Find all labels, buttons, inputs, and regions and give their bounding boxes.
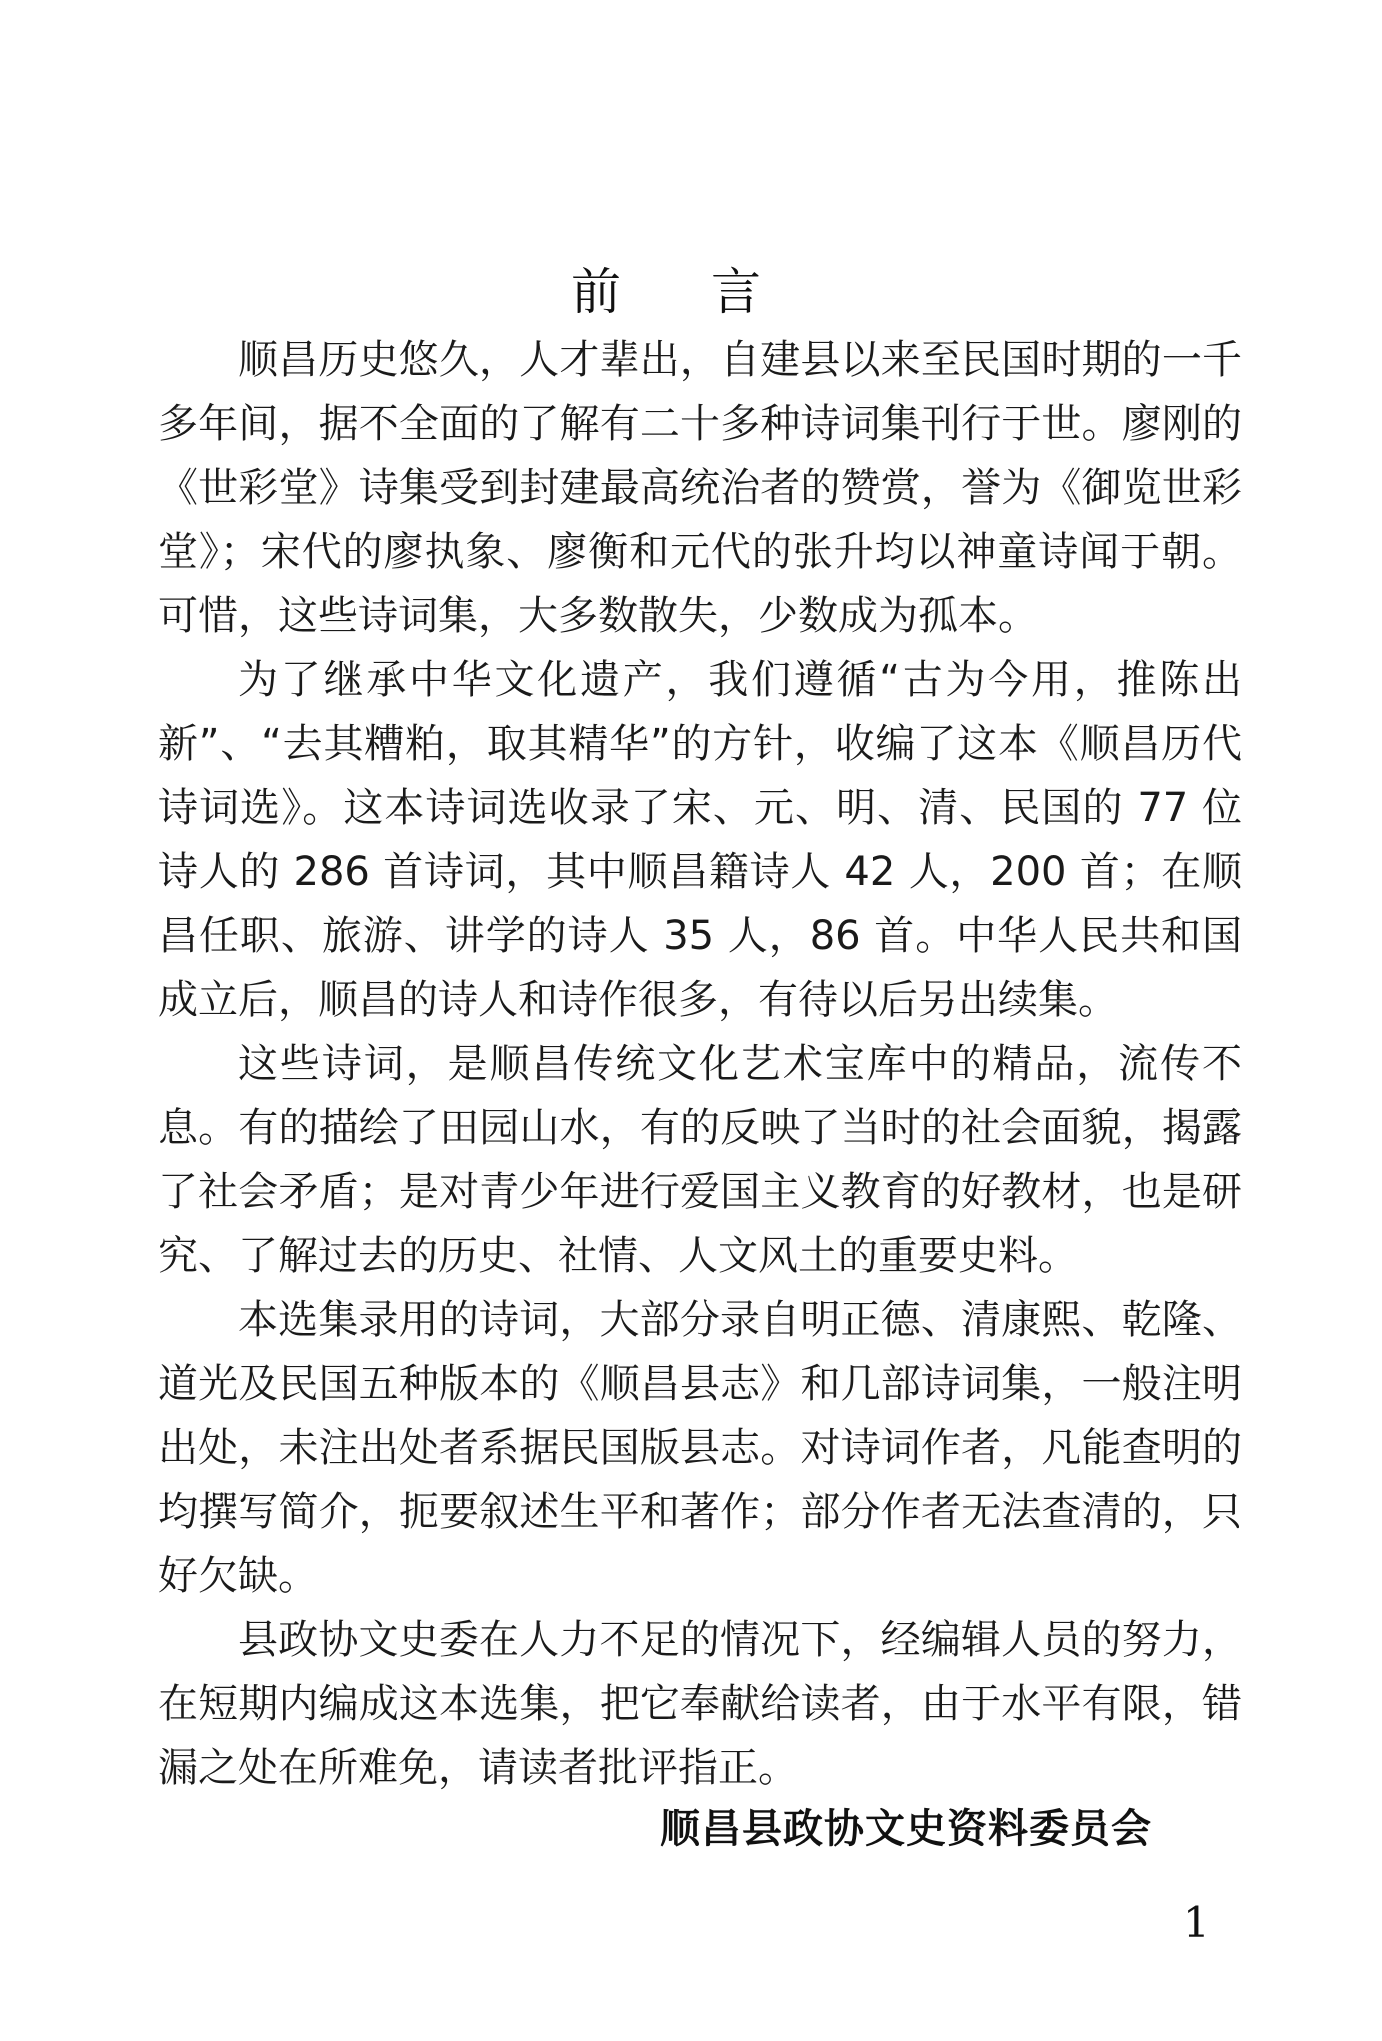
paragraph: 县政协文史委在人力不足的情况下，经编辑人员的努力，在短期内编成这本选集，把它奉献… — [158, 1608, 1242, 1800]
paragraph: 本选集录用的诗词，大部分录自明正德、清康熙、乾隆、道光及民国五种版本的《顺昌县志… — [158, 1288, 1242, 1608]
page-number: 1 — [1183, 1898, 1210, 1947]
page-title: 前言 — [0, 252, 1382, 324]
paragraph: 为了继承中华文化遗产，我们遵循“古为今用，推陈出新”、“去其糟粕，取其精华”的方… — [158, 648, 1242, 1032]
paragraph: 顺昌历史悠久，人才辈出，自建县以来至民国时期的一千多年间，据不全面的了解有二十多… — [158, 328, 1242, 648]
document-page: 前言 顺昌历史悠久，人才辈出，自建县以来至民国时期的一千多年间，据不全面的了解有… — [0, 0, 1382, 2041]
signature: 顺昌县政协文史资料委员会 — [660, 1797, 1152, 1854]
preface-body: 顺昌历史悠久，人才辈出，自建县以来至民国时期的一千多年间，据不全面的了解有二十多… — [158, 328, 1242, 1800]
paragraph: 这些诗词，是顺昌传统文化艺术宝库中的精品，流传不息。有的描绘了田园山水，有的反映… — [158, 1032, 1242, 1288]
